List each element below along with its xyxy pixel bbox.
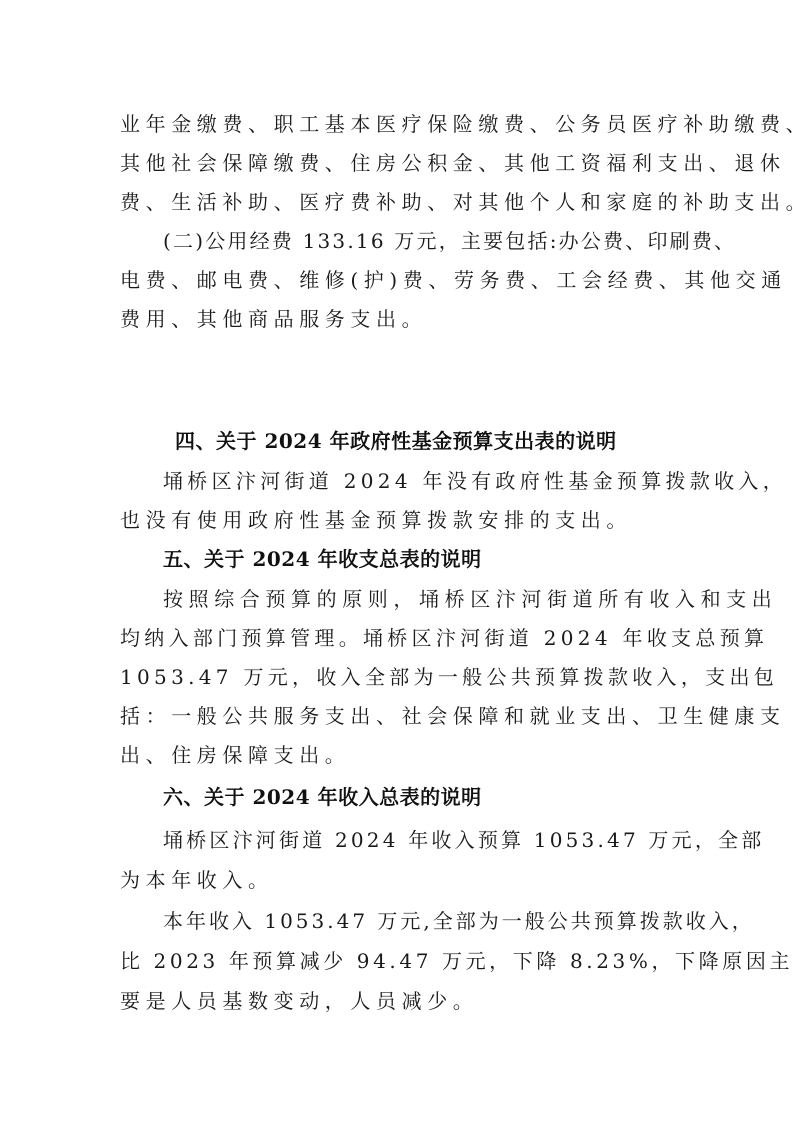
body-text-line: 为本年收入。 [120, 866, 676, 894]
section-heading-5: 五、关于 2024 年收支总表的说明 [163, 545, 482, 573]
body-text-line: 要是人员基数变动，人员减少。 [120, 987, 676, 1015]
body-text-line: 费用、其他商品服务支出。 [120, 305, 676, 333]
body-text-line: 本年收入 1053.47 万元,全部为一般公共预算拨款收入， [163, 907, 676, 935]
section-heading-4: 四、关于 2024 年政府性基金预算支出表的说明 [175, 427, 617, 455]
body-text-line: 电费、邮电费、维修(护)费、劳务费、工会经费、其他交通 [120, 266, 676, 294]
body-text-line: 均纳入部门预算管理。埇桥区汴河街道 2024 年收支总预算 [120, 624, 676, 652]
body-text-line: 1053.47 万元，收入全部为一般公共预算拨款收入，支出包 [120, 663, 676, 691]
body-text-line: 比 2023 年预算减少 94.47 万元，下降 8.23%，下降原因主 [120, 947, 676, 975]
body-text-line: 埇桥区汴河街道 2024 年没有政府性基金预算拨款收入， [163, 467, 676, 495]
body-text-line: 埇桥区汴河街道 2024 年收入预算 1053.47 万元，全部 [163, 826, 676, 854]
body-text-line: 按照综合预算的原则，埇桥区汴河街道所有收入和支出 [163, 585, 676, 613]
document-page: 业年金缴费、职工基本医疗保险缴费、公务员医疗补助缴费、 其他社会保障缴费、住房公… [0, 0, 793, 1122]
body-text-line: 其他社会保障缴费、住房公积金、其他工资福利支出、退休 [120, 149, 676, 177]
public-expense-paragraph: (二)公用经费 133.16 万元，主要包括:办公费、印刷费、 [163, 227, 676, 255]
body-text-line: 业年金缴费、职工基本医疗保险缴费、公务员医疗补助缴费、 [120, 110, 676, 138]
body-text-line: 也没有使用政府性基金预算拨款安排的支出。 [120, 506, 676, 534]
body-text-line: 括：一般公共服务支出、社会保障和就业支出、卫生健康支 [120, 702, 676, 730]
body-text-line: 费、生活补助、医疗费补助、对其他个人和家庭的补助支出。 [120, 188, 676, 216]
body-text-line: 出、住房保障支出。 [120, 741, 676, 769]
section-heading-6: 六、关于 2024 年收入总表的说明 [163, 783, 482, 811]
